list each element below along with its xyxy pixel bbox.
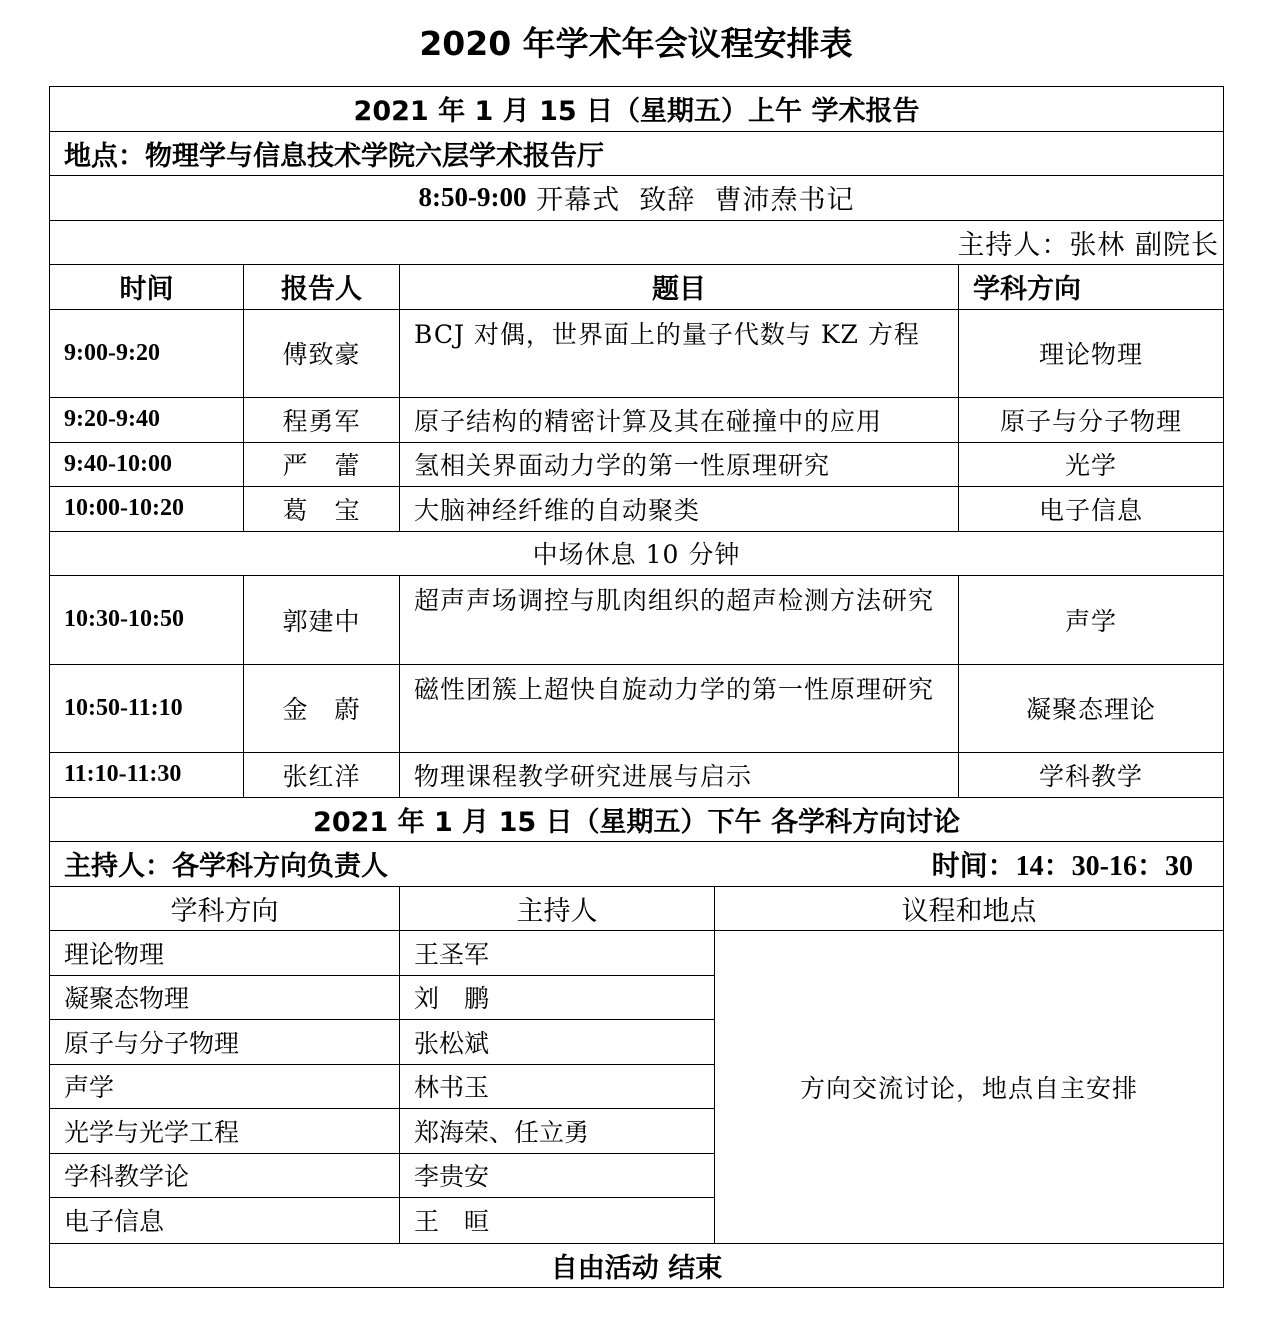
closing-text: 自由活动 结束: [50, 1244, 1223, 1288]
break-row: 中场休息 10 分钟: [50, 532, 1223, 577]
talk-topic: 超声声场调控与肌肉组织的超声检测方法研究: [399, 576, 958, 664]
talk-speaker: 张红洋: [243, 753, 399, 797]
group-host: 王 晅: [399, 1198, 714, 1243]
col-header-field: 学科方向: [50, 887, 399, 931]
talks-header-row: 时间 报告人 题目 学科方向: [50, 265, 1223, 310]
group-field: 电子信息: [50, 1198, 399, 1243]
table-row: 学科教学论 李贵安: [50, 1154, 714, 1199]
group-host: 张松斌: [399, 1020, 714, 1064]
host-row: 主持人：张林 副院长: [50, 221, 1223, 266]
table-row: 9:20-9:40 程勇军 原子结构的精密计算及其在碰撞中的应用 原子与分子物理: [50, 398, 1223, 443]
talk-field: 凝聚态理论: [958, 665, 1223, 753]
talk-time: 9:20-9:40: [50, 398, 243, 442]
location-text: 地点：物理学与信息技术学院六层学术报告厅: [50, 132, 1223, 176]
talk-field: 声学: [958, 576, 1223, 664]
groups-header-row: 学科方向 主持人 议程和地点: [50, 887, 1223, 932]
col-header-speaker: 报告人: [243, 265, 399, 309]
table-row: 理论物理 王圣军: [50, 931, 714, 976]
break-text: 中场休息 10 分钟: [50, 532, 1223, 576]
table-row: 9:40-10:00 严 蕾 氢相关界面动力学的第一性原理研究 光学: [50, 443, 1223, 488]
col-header-agenda: 议程和地点: [714, 887, 1223, 931]
afternoon-info-row: 主持人：各学科方向负责人 时间：14：30-16：30: [50, 842, 1223, 887]
col-header-field: 学科方向: [958, 265, 1223, 309]
group-field: 原子与分子物理: [50, 1020, 399, 1064]
group-host: 郑海荣、任立勇: [399, 1109, 714, 1153]
groups-table: 理论物理 王圣军 凝聚态物理 刘 鹏 原子与分子物理 张松斌 声学 林书玉 光学…: [50, 931, 1223, 1244]
afternoon-host: 主持人：各学科方向负责人: [64, 844, 388, 883]
table-row: 原子与分子物理 张松斌: [50, 1020, 714, 1065]
table-row: 10:50-11:10 金 蔚 磁性团簇上超快自旋动力学的第一性原理研究 凝聚态…: [50, 665, 1223, 754]
groups-list: 理论物理 王圣军 凝聚态物理 刘 鹏 原子与分子物理 张松斌 声学 林书玉 光学…: [50, 931, 714, 1243]
document-title: 2020 年学术年会议程安排表: [0, 22, 1272, 66]
morning-host: 主持人：张林 副院长: [50, 221, 1223, 265]
talk-field: 理论物理: [958, 310, 1223, 398]
afternoon-heading: 2021 年 1 月 15 日（星期五）下午 各学科方向讨论: [50, 798, 1223, 842]
group-host: 刘 鹏: [399, 976, 714, 1020]
talk-topic: 原子结构的精密计算及其在碰撞中的应用: [399, 398, 958, 442]
group-field: 理论物理: [50, 931, 399, 975]
talk-topic: 磁性团簇上超快自旋动力学的第一性原理研究: [399, 665, 958, 753]
afternoon-time: 时间：14：30-16：30: [932, 844, 1193, 884]
talk-speaker: 郭建中: [243, 576, 399, 664]
table-row: 10:00-10:20 葛 宝 大脑神经纤维的自动聚类 电子信息: [50, 487, 1223, 532]
table-row: 声学 林书玉: [50, 1065, 714, 1110]
group-field: 学科教学论: [50, 1154, 399, 1198]
talk-time: 9:40-10:00: [50, 443, 243, 487]
talk-topic: 大脑神经纤维的自动聚类: [399, 487, 958, 531]
morning-heading: 2021 年 1 月 15 日（星期五）上午 学术报告: [50, 87, 1223, 131]
talk-topic: BCJ 对偶，世界面上的量子代数与 KZ 方程: [399, 310, 958, 398]
group-field: 光学与光学工程: [50, 1109, 399, 1153]
group-host: 王圣军: [399, 931, 714, 975]
talk-time: 11:10-11:30: [50, 753, 243, 797]
group-host: 李贵安: [399, 1154, 714, 1198]
opening-time: 8:50-9:00: [419, 182, 527, 213]
talk-field: 学科教学: [958, 753, 1223, 797]
group-host: 林书玉: [399, 1065, 714, 1109]
agenda-text: 方向交流讨论，地点自主安排: [714, 931, 1223, 1243]
talk-speaker: 程勇军: [243, 398, 399, 442]
agenda-table: 2021 年 1 月 15 日（星期五）上午 学术报告 地点：物理学与信息技术学…: [49, 86, 1224, 1288]
table-row: 电子信息 王 晅: [50, 1198, 714, 1243]
afternoon-info: 主持人：各学科方向负责人 时间：14：30-16：30: [50, 842, 1223, 886]
talk-field: 光学: [958, 443, 1223, 487]
opening-cell: 8:50-9:00 开幕式 致辞 曹沛焘书记: [50, 176, 1223, 220]
col-header-time: 时间: [50, 265, 243, 309]
group-field: 凝聚态物理: [50, 976, 399, 1020]
col-header-topic: 题目: [399, 265, 958, 309]
talk-speaker: 葛 宝: [243, 487, 399, 531]
table-row: 凝聚态物理 刘 鹏: [50, 976, 714, 1021]
morning-heading-row: 2021 年 1 月 15 日（星期五）上午 学术报告: [50, 87, 1223, 132]
talk-time: 10:00-10:20: [50, 487, 243, 531]
talk-field: 原子与分子物理: [958, 398, 1223, 442]
closing-row: 自由活动 结束: [50, 1244, 1223, 1289]
table-row: 9:00-9:20 傅致豪 BCJ 对偶，世界面上的量子代数与 KZ 方程 理论…: [50, 310, 1223, 399]
talk-speaker: 傅致豪: [243, 310, 399, 398]
talk-speaker: 严 蕾: [243, 443, 399, 487]
talk-topic: 氢相关界面动力学的第一性原理研究: [399, 443, 958, 487]
opening-text: 开幕式 致辞 曹沛焘书记: [527, 178, 855, 217]
talk-time: 9:00-9:20: [50, 310, 243, 398]
table-row: 10:30-10:50 郭建中 超声声场调控与肌肉组织的超声检测方法研究 声学: [50, 576, 1223, 665]
talk-topic: 物理课程教学研究进展与启示: [399, 753, 958, 797]
talk-speaker: 金 蔚: [243, 665, 399, 753]
afternoon-heading-row: 2021 年 1 月 15 日（星期五）下午 各学科方向讨论: [50, 798, 1223, 843]
group-field: 声学: [50, 1065, 399, 1109]
talk-field: 电子信息: [958, 487, 1223, 531]
col-header-host: 主持人: [399, 887, 714, 931]
talk-time: 10:50-11:10: [50, 665, 243, 753]
table-row: 光学与光学工程 郑海荣、任立勇: [50, 1109, 714, 1154]
talk-time: 10:30-10:50: [50, 576, 243, 664]
opening-row: 8:50-9:00 开幕式 致辞 曹沛焘书记: [50, 176, 1223, 221]
table-row: 11:10-11:30 张红洋 物理课程教学研究进展与启示 学科教学: [50, 753, 1223, 798]
location-row: 地点：物理学与信息技术学院六层学术报告厅: [50, 132, 1223, 177]
